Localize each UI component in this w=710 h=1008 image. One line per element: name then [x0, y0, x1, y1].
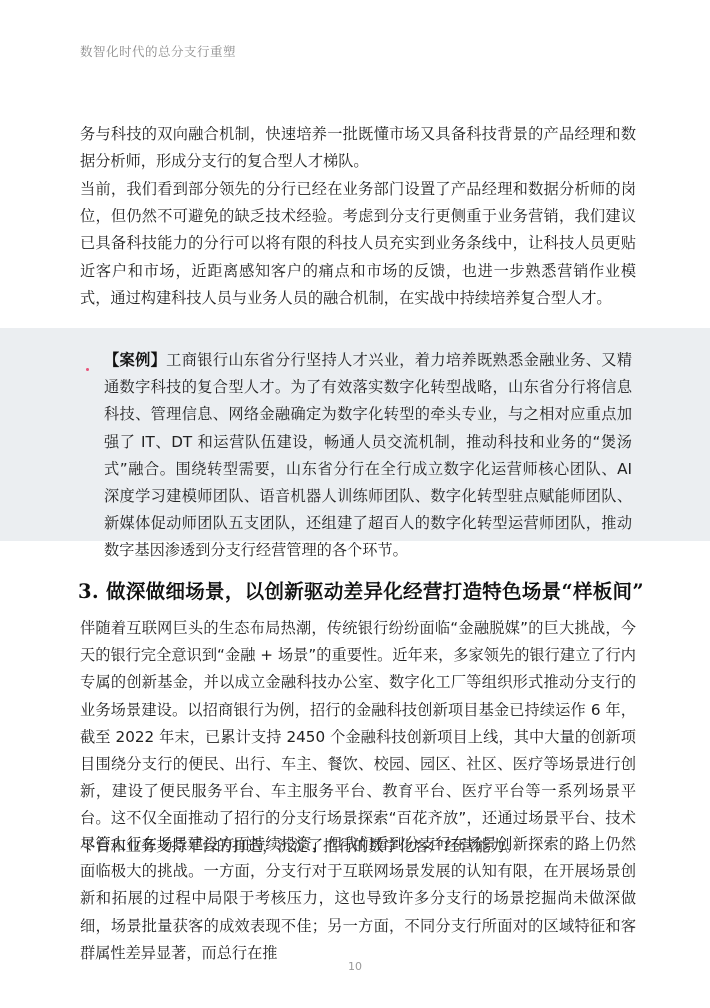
body-paragraph-talent: 当前，我们看到部分领先的分行已经在业务部门设置了产品经理和数据分析师的岗位，但仍… — [80, 176, 636, 312]
section-heading: 3. 做深做细场景，以创新驱动差异化经营打造特色场景“样板间” — [78, 576, 644, 604]
case-study-body: 工商银行山东省分行坚持人才兴业，着力培养既熟悉金融业务、又精通数字科技的复合型人… — [104, 351, 632, 559]
section-paragraph-challenges: 尽管大行在场景建设方面持续投资，但我们看到分支行在场景创新探索的路上仍然面临极大… — [80, 831, 636, 967]
case-study-label: 【案例】 — [104, 351, 166, 369]
bullet-dot-icon — [86, 368, 89, 371]
case-study-text: 【案例】工商银行山东省分行坚持人才兴业，着力培养既熟悉金融业务、又精通数字科技的… — [104, 347, 632, 565]
section-paragraph-scenarios: 伴随着互联网巨头的生态布局热潮，传统银行纷纷面临“金融脱媒”的巨大挑战，今天的银… — [80, 615, 636, 860]
body-paragraph-continued: 务与科技的双向融合机制，快速培养一批既懂市场又具备科技背景的产品经理和数据分析师… — [80, 121, 636, 175]
running-header-title: 数智化时代的总分支行重塑 — [80, 42, 236, 60]
page-number: 10 — [0, 960, 710, 973]
